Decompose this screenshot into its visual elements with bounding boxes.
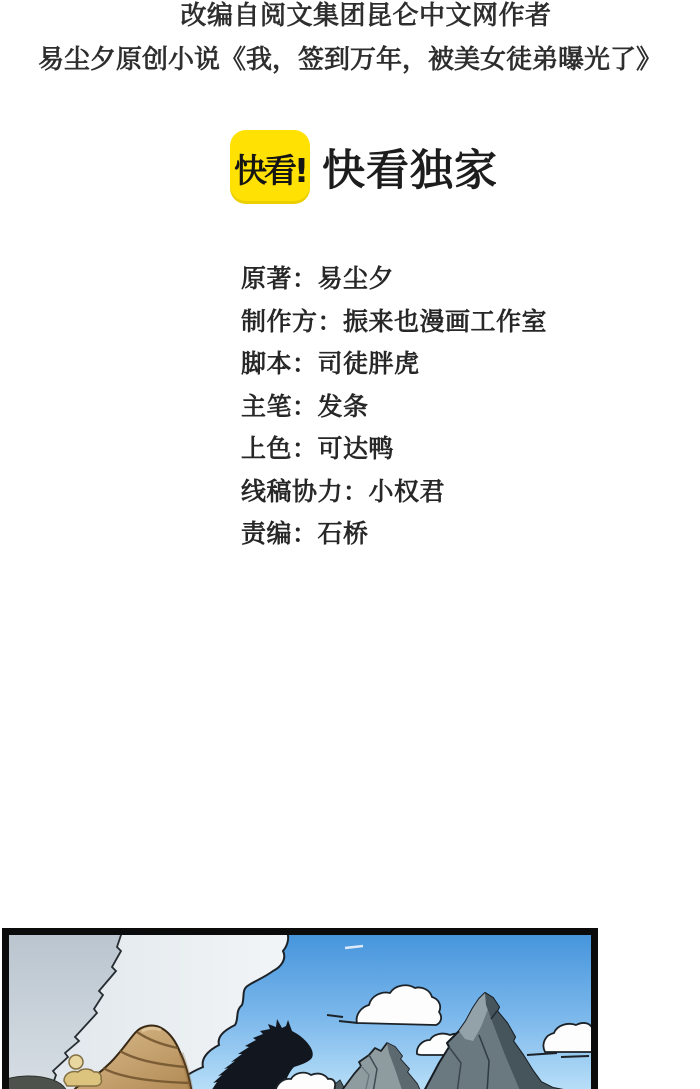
- comic-panel: [2, 928, 598, 1089]
- credit-line: 线稿协力：小权君: [241, 471, 547, 514]
- credit-line: 制作方：振来也漫画工作室: [241, 301, 547, 344]
- novel-title-line: 易尘夕原创小说《我，签到万年，被美女徒弟曝光了》: [0, 39, 700, 76]
- kuaikan-logo-text: 快看!: [234, 145, 306, 192]
- credit-line: 主笔：发条: [241, 386, 547, 429]
- credit-line: 脚本：司徒胖虎: [241, 343, 547, 386]
- credit-line: 责编：石桥: [241, 513, 547, 556]
- attribution-block: 改编自阅文集团昆仑中文网作者 易尘夕原创小说《我，签到万年，被美女徒弟曝光了》: [0, 0, 700, 76]
- comic-panel-illustration: [9, 935, 591, 1089]
- attribution-line1: 改编自阅文集团昆仑中文网作者: [16, 0, 700, 32]
- brand-row: 快看! 快看独家: [230, 129, 498, 205]
- credits-list: 原著：易尘夕制作方：振来也漫画工作室脚本：司徒胖虎主笔：发条上色：可达鸭线稿协力…: [241, 258, 547, 556]
- credit-line: 原著：易尘夕: [241, 258, 547, 301]
- kuaikan-logo-icon: 快看!: [230, 130, 310, 204]
- credit-line: 上色：可达鸭: [241, 428, 547, 471]
- kuaikan-exclusive-wordmark: 快看独家: [322, 137, 498, 198]
